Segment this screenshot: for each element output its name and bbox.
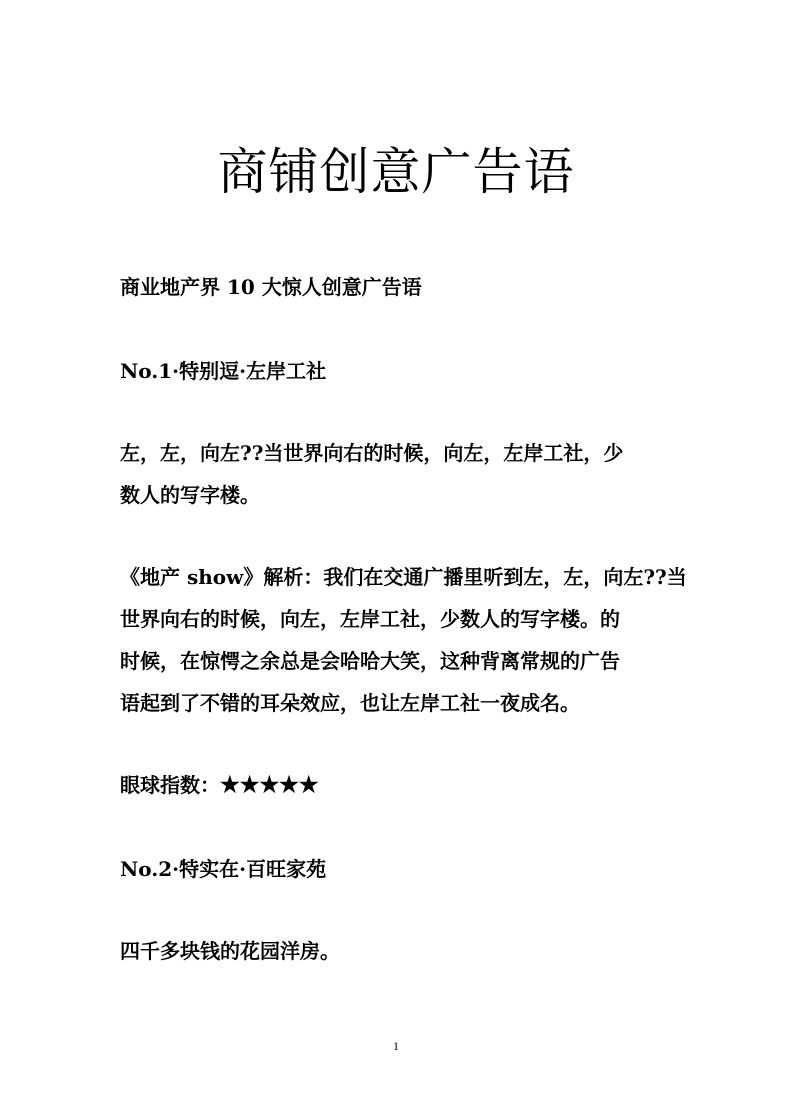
entry-1-heading: No.1·特别逗·左岸工社 — [120, 357, 326, 385]
entry-1-slogan-line-1: 左，左，向左??当世界向右的时候，向左，左岸工社，少 — [120, 439, 623, 467]
section-subtitle: 商业地产界 10 大惊人创意广告语 — [120, 273, 422, 301]
rating-label: 眼球指数： — [120, 773, 220, 797]
star-rating-icon: ★★★★★ — [220, 772, 319, 798]
entry-2-slogan-line-1: 四千多块钱的花园洋房。 — [120, 937, 340, 965]
entry-1-analysis-line-3: 时候，在惊愕之余总是会哈哈大笑，这种背离常规的广告 — [120, 647, 620, 675]
entry-1-analysis-line-1: 《地产 show》解析：我们在交通广播里听到左，左，向左??当 — [120, 563, 687, 591]
entry-1-analysis-line-4: 语起到了不错的耳朵效应，也让左岸工社一夜成名。 — [120, 689, 580, 717]
document-page: 商铺创意广告语 商业地产界 10 大惊人创意广告语 No.1·特别逗·左岸工社 … — [0, 0, 792, 1120]
entry-1-slogan-line-2: 数人的写字楼。 — [120, 481, 260, 509]
entry-1-rating: 眼球指数：★★★★★ — [120, 771, 319, 799]
document-title: 商铺创意广告语 — [0, 140, 792, 204]
page-number: 1 — [0, 1038, 792, 1054]
entry-1-analysis-line-2: 世界向右的时候，向左，左岸工社，少数人的写字楼。的 — [120, 605, 620, 633]
entry-2-heading: No.2·特实在·百旺家苑 — [120, 855, 326, 883]
